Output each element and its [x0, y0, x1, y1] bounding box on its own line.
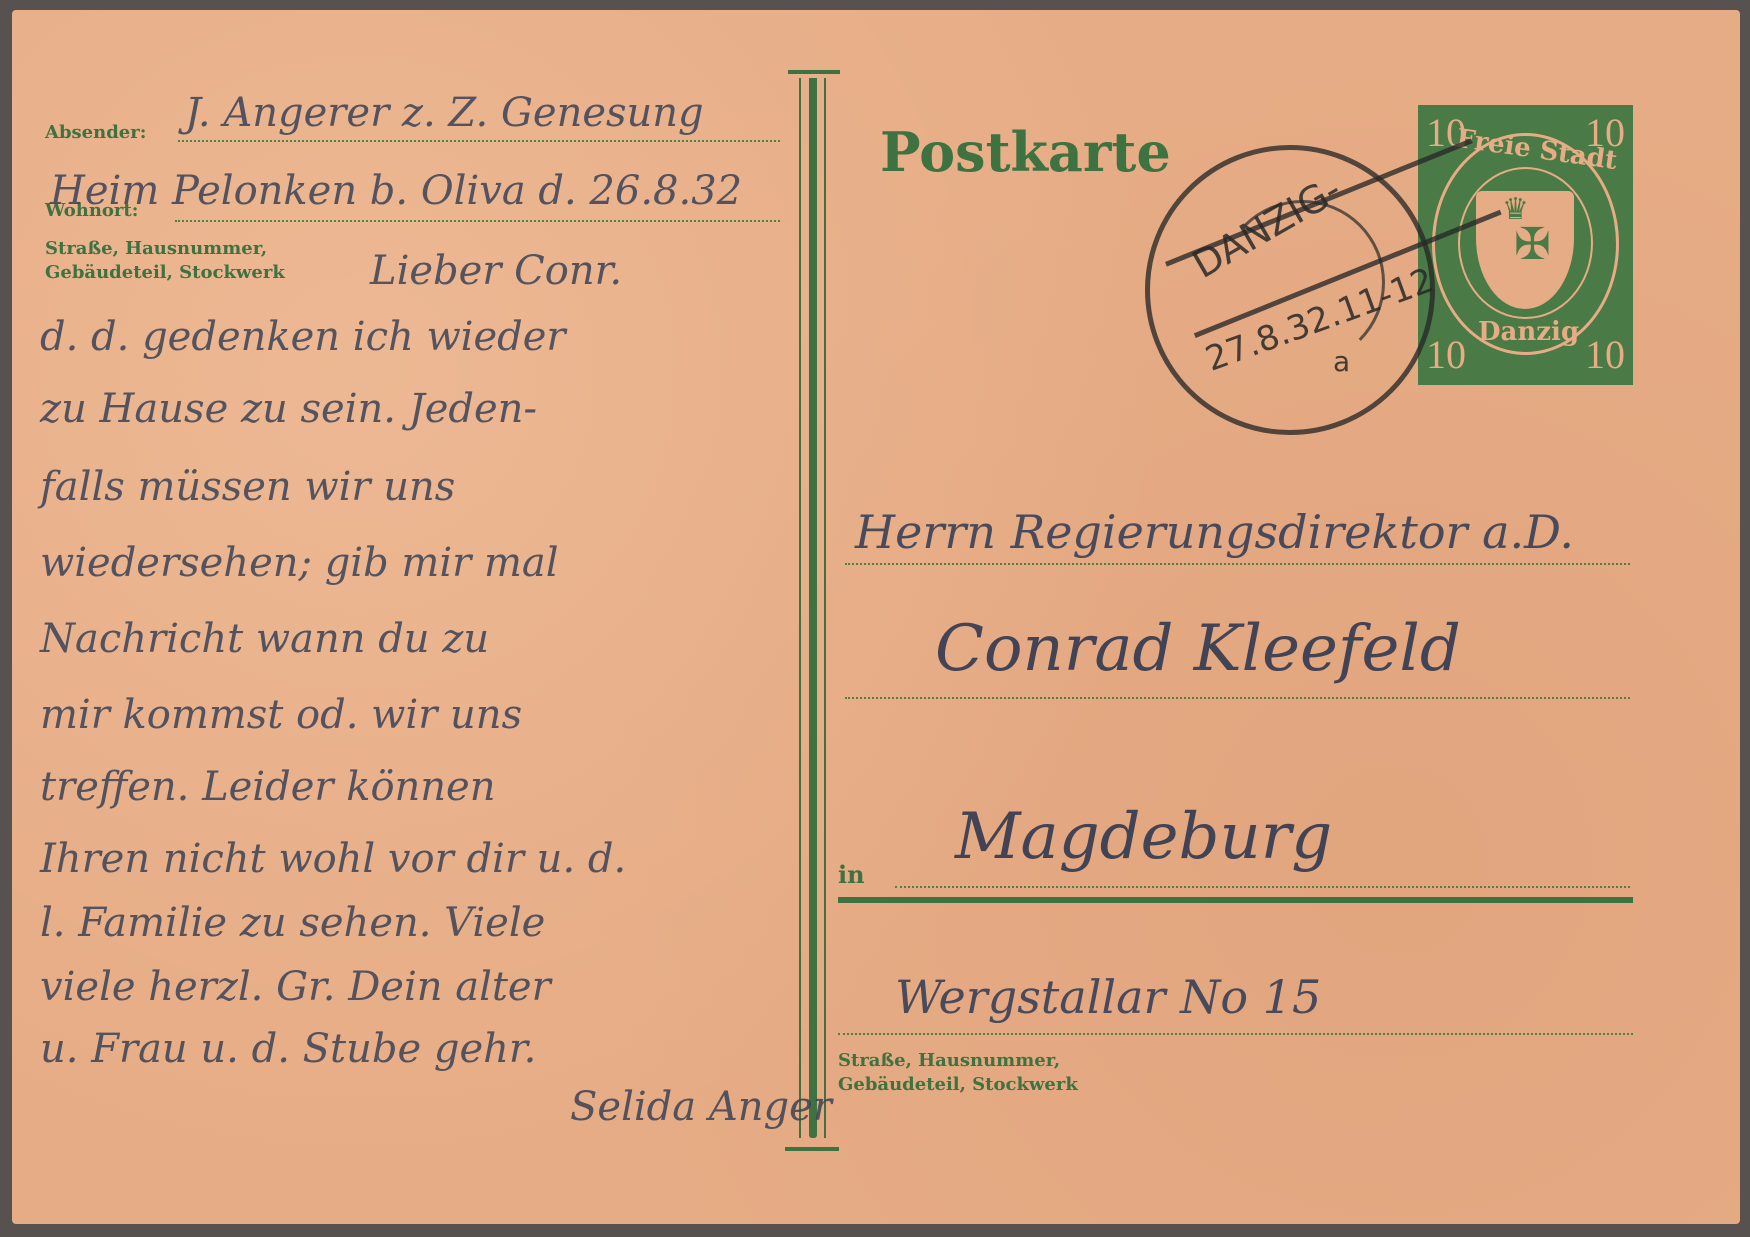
address-line-street [838, 1033, 1633, 1035]
wohnort-dotted-line [175, 220, 780, 222]
handwritten-sender-place: Heim Pelonken b. Oliva d. 26.8.32 [50, 168, 742, 214]
message-line: mir kommst od. wir uns [40, 692, 626, 764]
signature: Selida Anger [570, 1084, 1156, 1134]
divider-bottom-cap [785, 1147, 839, 1151]
divider-line-right [824, 78, 826, 1138]
in-label: in [838, 860, 865, 889]
double-cross-icon: ✠ [1514, 223, 1551, 267]
address-line-1 [845, 563, 1630, 565]
stamp-value-br: 10 [1585, 335, 1625, 375]
message-line: Nachricht wann du zu [40, 616, 626, 692]
handwritten-sender-name: J. Angerer z. Z. Genesung [185, 90, 704, 136]
city-underline [838, 897, 1633, 903]
message-line: u. Frau u. d. Stube gehr. [40, 1026, 626, 1084]
stamp-value-bl: 10 [1426, 335, 1466, 375]
handwritten-recipient-street: Wergstallar No 15 [895, 970, 1321, 1024]
handwritten-recipient-name: Conrad Kleefeld [935, 612, 1461, 686]
divider-line-main [809, 78, 817, 1138]
message-line: viele herzl. Gr. Dein alter [40, 964, 626, 1026]
message-line: Ihren nicht wohl vor dir u. d. [40, 836, 626, 900]
address-line-city [895, 886, 1630, 888]
postkarte-title: Postkarte [880, 122, 1171, 182]
message-line: d. d. gedenken ich wieder [40, 314, 626, 386]
message-line: falls müssen wir uns [40, 464, 626, 540]
absender-dotted-line [178, 140, 780, 142]
postmark-code: a [1333, 345, 1350, 378]
message-line: wiedersehen; gib mir mal [40, 540, 626, 616]
stamp-inscription-bottom: Danzig [1478, 317, 1579, 347]
divider-top-cap [788, 70, 840, 74]
message-line: zu Hause zu sein. Jeden- [40, 386, 626, 464]
message-line: l. Familie zu sehen. Viele [40, 900, 626, 964]
handwritten-recipient-city: Magdeburg [955, 800, 1332, 874]
message-line: treffen. Leider können [40, 764, 626, 836]
absender-label: Absender: [45, 122, 146, 144]
divider-line-left [799, 78, 801, 1138]
recipient-street-label-1: Straße, Hausnummer, [838, 1050, 1060, 1072]
handwritten-message: Lieber Conr. d. d. gedenken ich wieder z… [40, 248, 626, 1134]
handwritten-recipient-title: Herrn Regierungsdirektor a.D. [855, 505, 1574, 559]
message-line: Lieber Conr. [370, 248, 956, 314]
address-line-2 [845, 697, 1630, 699]
